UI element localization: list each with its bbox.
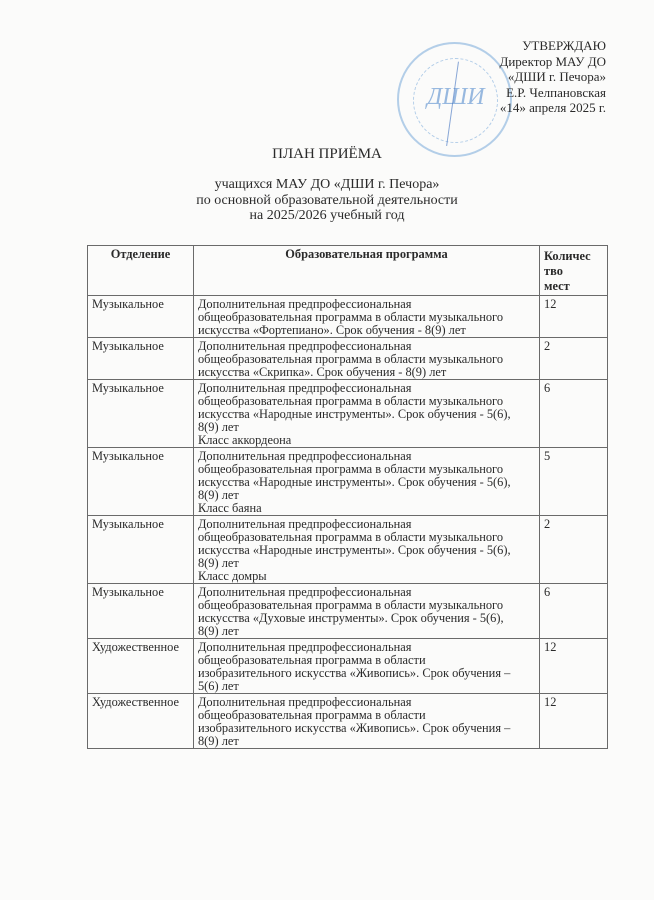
table-row: ХудожественноеДополнительная предпрофесс… [88, 694, 608, 749]
subtitle-line: учащихся МАУ ДО «ДШИ г. Печора» [0, 177, 654, 193]
table-row: МузыкальноеДополнительная предпрофессион… [88, 296, 608, 338]
program-line: 8(9) лет [198, 625, 535, 638]
admission-plan-table: Отделение Образовательная программа Коли… [87, 245, 608, 749]
document-subtitle: учащихся МАУ ДО «ДШИ г. Печора» по основ… [0, 177, 654, 224]
header-seats: Количествомест [540, 246, 608, 296]
cell-department: Музыкальное [88, 516, 194, 584]
table-row: ХудожественноеДополнительная предпрофесс… [88, 639, 608, 694]
program-line: изобразительного искусства «Живопись». С… [198, 667, 535, 680]
approval-line: «14» апреля 2025 г. [499, 100, 606, 116]
table-row: МузыкальноеДополнительная предпрофессион… [88, 448, 608, 516]
cell-seats: 12 [540, 639, 608, 694]
table-row: МузыкальноеДополнительная предпрофессион… [88, 584, 608, 639]
table-header-row: Отделение Образовательная программа Коли… [88, 246, 608, 296]
table-row: МузыкальноеДополнительная предпрофессион… [88, 380, 608, 448]
program-line: Класс аккордеона [198, 434, 535, 447]
cell-program: Дополнительная предпрофессиональнаяобщео… [193, 584, 539, 639]
program-line: 5(6) лет [198, 680, 535, 693]
cell-seats: 5 [540, 448, 608, 516]
program-line: искусства «Скрипка». Срок обучения - 8(9… [198, 366, 535, 379]
subtitle-line: на 2025/2026 учебный год [0, 208, 654, 224]
approval-line: УТВЕРЖДАЮ [499, 38, 606, 54]
cell-program: Дополнительная предпрофессиональнаяобщео… [193, 338, 539, 380]
cell-program: Дополнительная предпрофессиональнаяобщео… [193, 380, 539, 448]
cell-program: Дополнительная предпрофессиональнаяобщео… [193, 448, 539, 516]
table-row: МузыкальноеДополнительная предпрофессион… [88, 516, 608, 584]
cell-department: Художественное [88, 694, 194, 749]
approval-line: «ДШИ г. Печора» [499, 69, 606, 85]
program-line: изобразительного искусства «Живопись». С… [198, 722, 535, 735]
cell-department: Музыкальное [88, 448, 194, 516]
program-line: искусства «Народные инструменты». Срок о… [198, 476, 535, 489]
cell-program: Дополнительная предпрофессиональнаяобщео… [193, 694, 539, 749]
cell-program: Дополнительная предпрофессиональнаяобщео… [193, 296, 539, 338]
program-line: искусства «Духовые инструменты». Срок об… [198, 612, 535, 625]
program-line: искусства «Народные инструменты». Срок о… [198, 544, 535, 557]
approval-line: Директор МАУ ДО [499, 54, 606, 70]
program-line: искусства «Фортепиано». Срок обучения - … [198, 324, 535, 337]
document-title: ПЛАН ПРИЁМА [0, 146, 654, 163]
header-department: Отделение [88, 246, 194, 296]
approval-line: Е.Р. Челпановская [499, 85, 606, 101]
program-line: искусства «Народные инструменты». Срок о… [198, 408, 535, 421]
program-line: Класс баяна [198, 502, 535, 515]
program-line: 8(9) лет [198, 735, 535, 748]
cell-department: Музыкальное [88, 296, 194, 338]
approval-block: УТВЕРЖДАЮ Директор МАУ ДО «ДШИ г. Печора… [499, 38, 606, 116]
cell-department: Художественное [88, 639, 194, 694]
header-program: Образовательная программа [193, 246, 539, 296]
subtitle-line: по основной образовательной деятельности [0, 193, 654, 209]
cell-program: Дополнительная предпрофессиональнаяобщео… [193, 516, 539, 584]
cell-department: Музыкальное [88, 338, 194, 380]
cell-seats: 2 [540, 516, 608, 584]
cell-seats: 2 [540, 338, 608, 380]
cell-seats: 6 [540, 584, 608, 639]
cell-seats: 12 [540, 296, 608, 338]
cell-seats: 12 [540, 694, 608, 749]
cell-department: Музыкальное [88, 380, 194, 448]
cell-department: Музыкальное [88, 584, 194, 639]
cell-seats: 6 [540, 380, 608, 448]
program-line: Класс домры [198, 570, 535, 583]
cell-program: Дополнительная предпрофессиональнаяобщео… [193, 639, 539, 694]
table-row: МузыкальноеДополнительная предпрофессион… [88, 338, 608, 380]
